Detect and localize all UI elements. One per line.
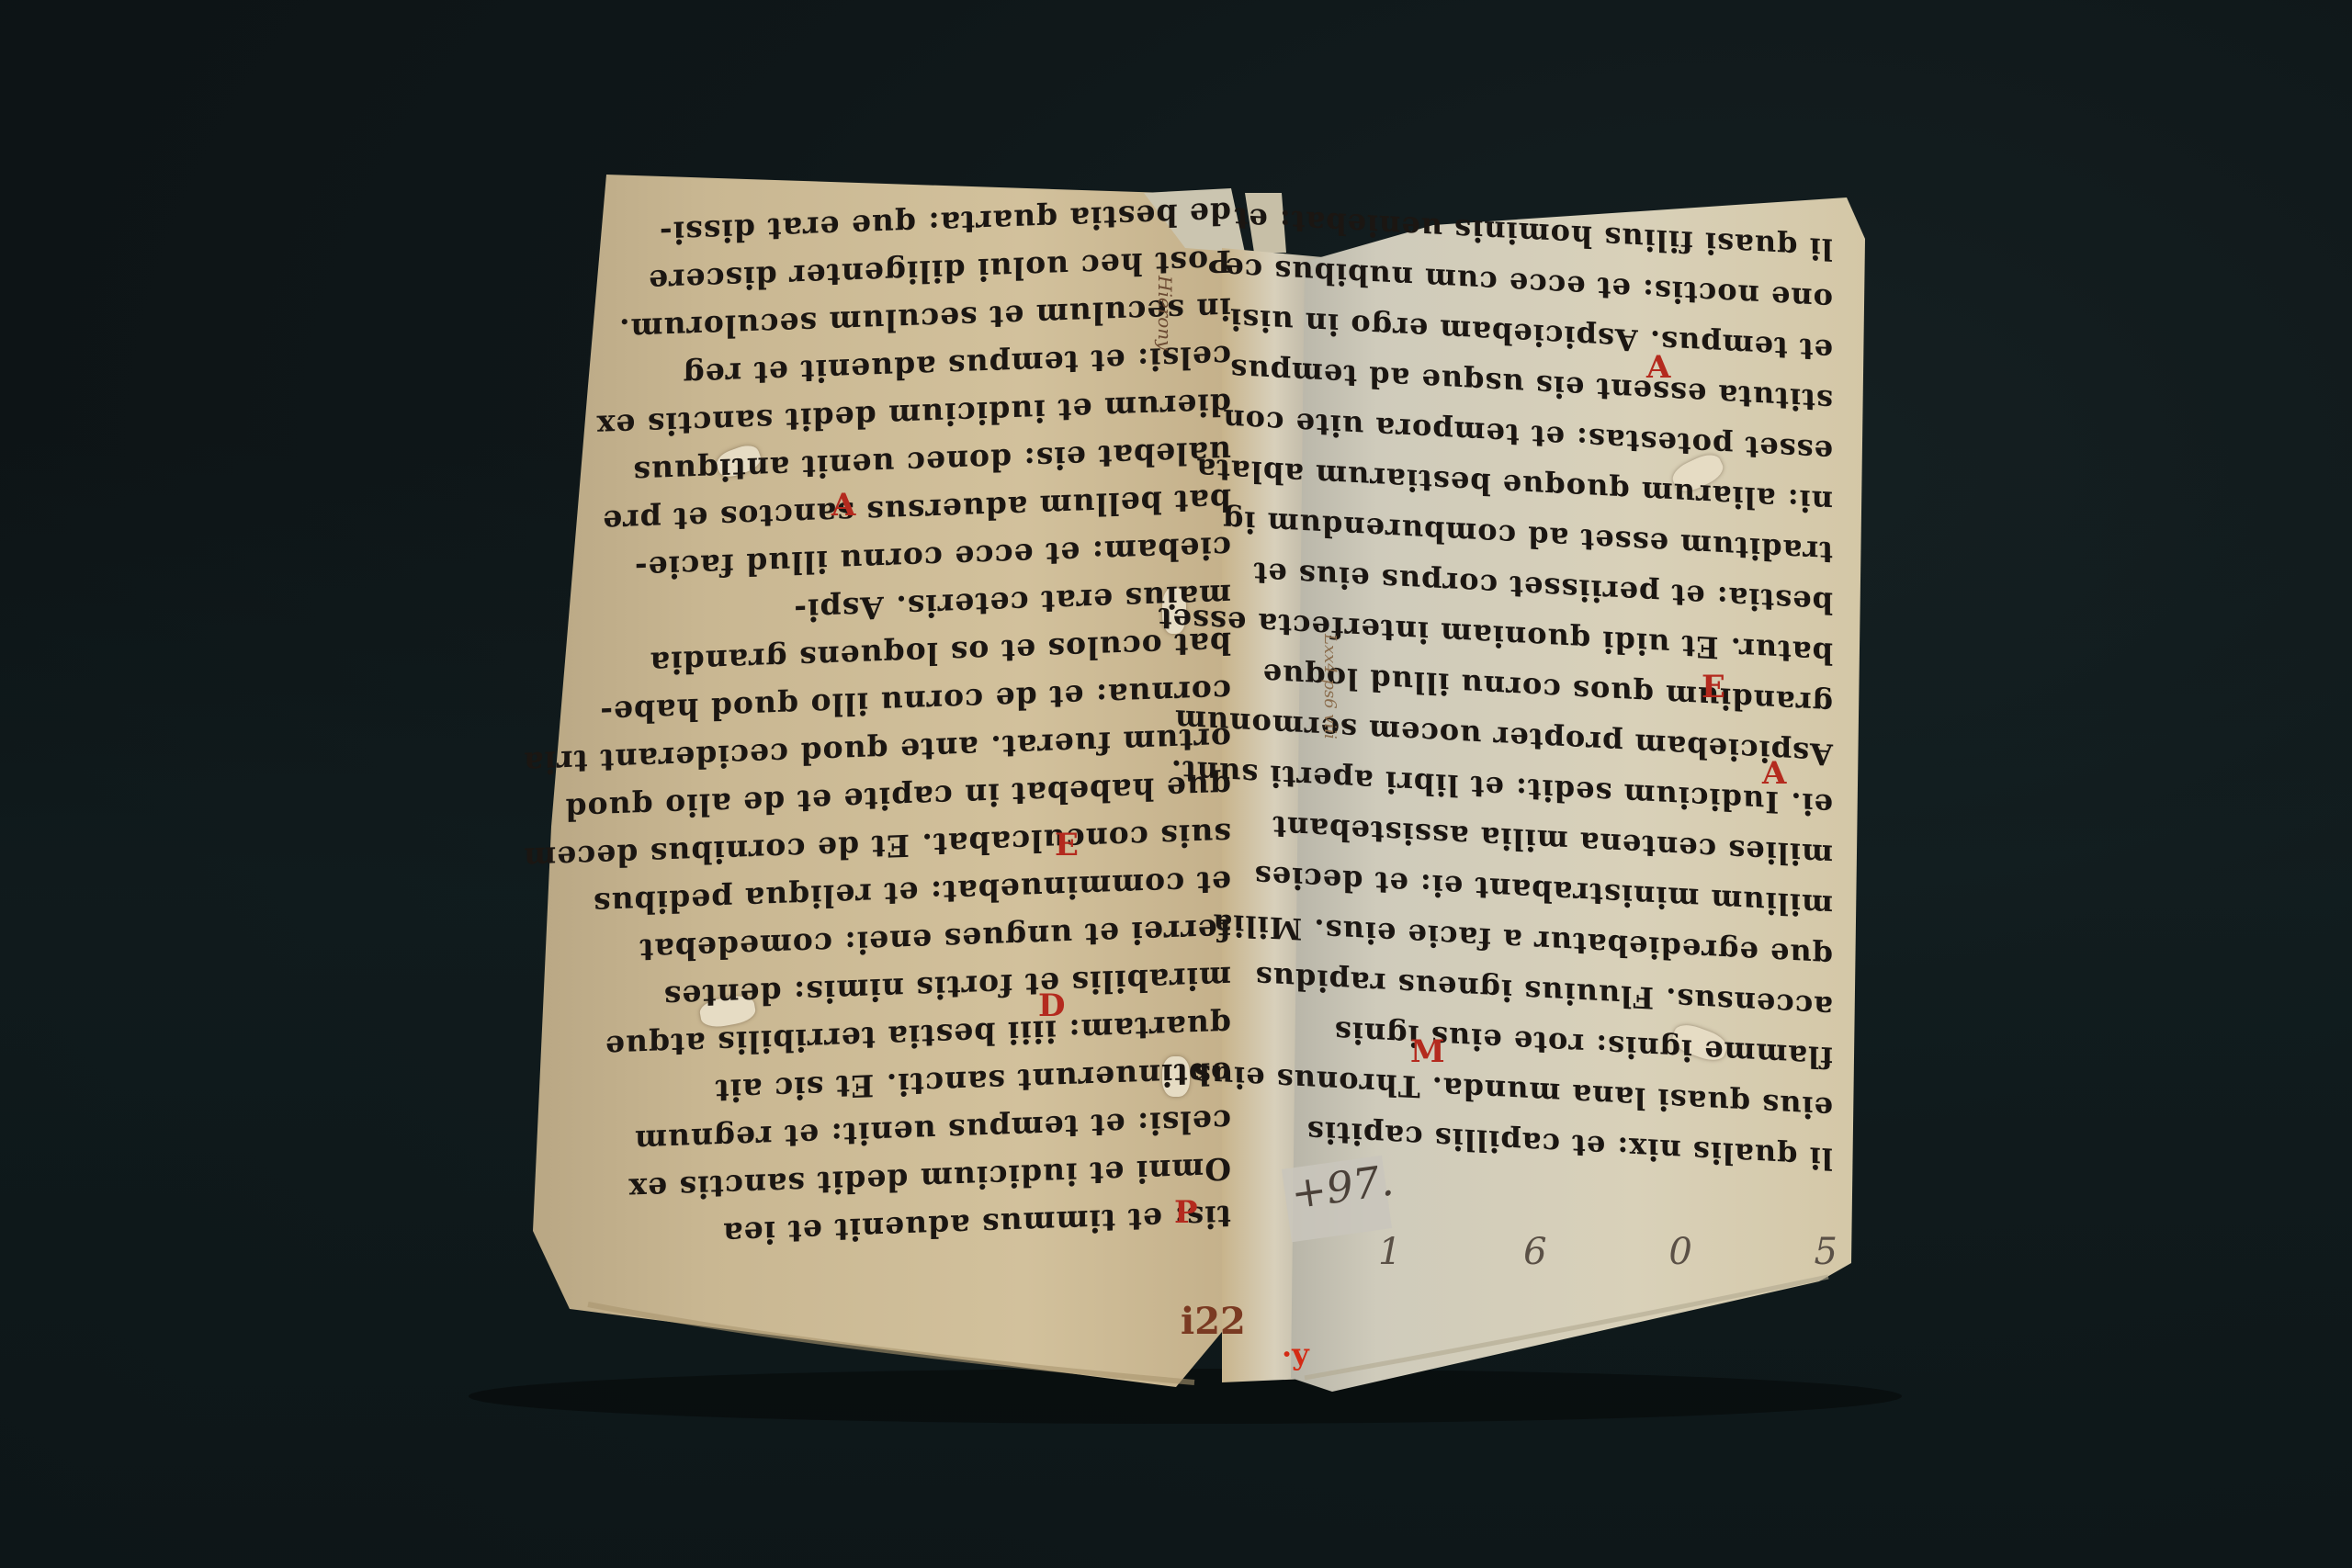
spine-vertical-note: Lxx4 ps6 viii xyxy=(1320,634,1340,739)
rubricated-initial: E xyxy=(1702,669,1725,705)
rubricated-initial: D xyxy=(1038,987,1065,1024)
spine-numeral: i22 xyxy=(1181,1300,1246,1343)
rubricated-initial: M xyxy=(1410,1033,1445,1070)
rubricated-initial: A xyxy=(1762,755,1786,792)
rubricated-initial: E xyxy=(1055,827,1079,863)
margin-note: Hierony xyxy=(1154,276,1176,350)
rubricated-initial: A xyxy=(1646,349,1670,386)
book-photo: tis: et timmus aduenit et iea Omni et iu… xyxy=(0,0,2352,1568)
red-spine-mark: ·y xyxy=(1282,1337,1309,1371)
rubricated-initial: A xyxy=(831,487,855,524)
handwritten-numbers: 1 6 0 5 xyxy=(1378,1231,1893,1273)
rubricated-initial: P xyxy=(1174,1194,1198,1231)
